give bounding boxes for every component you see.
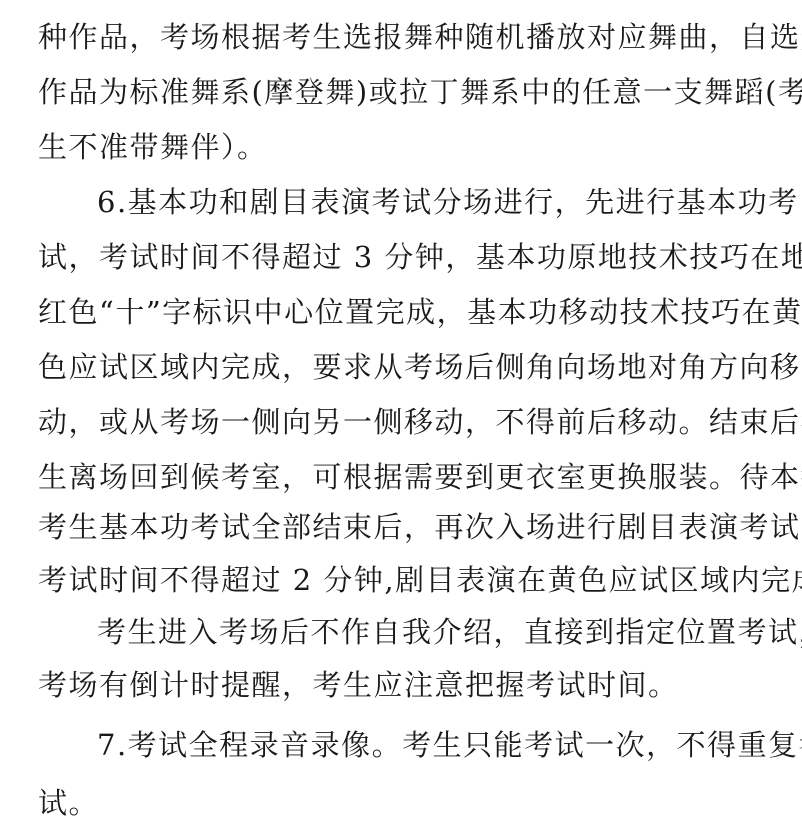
text-line: 红色“十”字标识中心位置完成，基本功移动技术技巧在黄 — [38, 295, 788, 329]
text-line: 考生进入考场后不作自我介绍，直接到指定位置考试， — [97, 615, 787, 649]
text-line: 7.考试全程录音录像。考生只能考试一次，不得重复考 — [97, 728, 787, 762]
text-line: 考生基本功考试全部结束后，再次入场进行剧目表演考试， — [38, 510, 788, 544]
text-line: 试。 — [38, 786, 788, 820]
text-line: 动，或从考场一侧向另一侧移动，不得前后移动。结束后考 — [38, 405, 788, 439]
text-line: 试，考试时间不得超过 3 分钟，基本功原地技术技巧在地面 — [38, 240, 788, 274]
text-line: 色应试区域内完成，要求从考场后侧角向场地对角方向移 — [38, 350, 788, 384]
text-line: 6.基本功和剧目表演考试分场进行，先进行基本功考 — [97, 185, 787, 219]
document-page: 种作品，考场根据考生选报舞种随机播放对应舞曲，自选舞 作品为标准舞系(摩登舞)或… — [0, 0, 802, 831]
text-line: 考试时间不得超过 2 分钟,剧目表演在黄色应试区域内完成。 — [38, 563, 788, 597]
text-line: 生不准带舞伴）。 — [38, 130, 788, 164]
text-line: 作品为标准舞系(摩登舞)或拉丁舞系中的任意一支舞蹈(考 — [38, 75, 788, 109]
text-line: 考场有倒计时提醒，考生应注意把握考试时间。 — [38, 668, 788, 702]
text-line: 生离场回到候考室，可根据需要到更衣室更换服装。待本组 — [38, 460, 788, 494]
text-line: 种作品，考场根据考生选报舞种随机播放对应舞曲，自选舞 — [38, 20, 788, 54]
